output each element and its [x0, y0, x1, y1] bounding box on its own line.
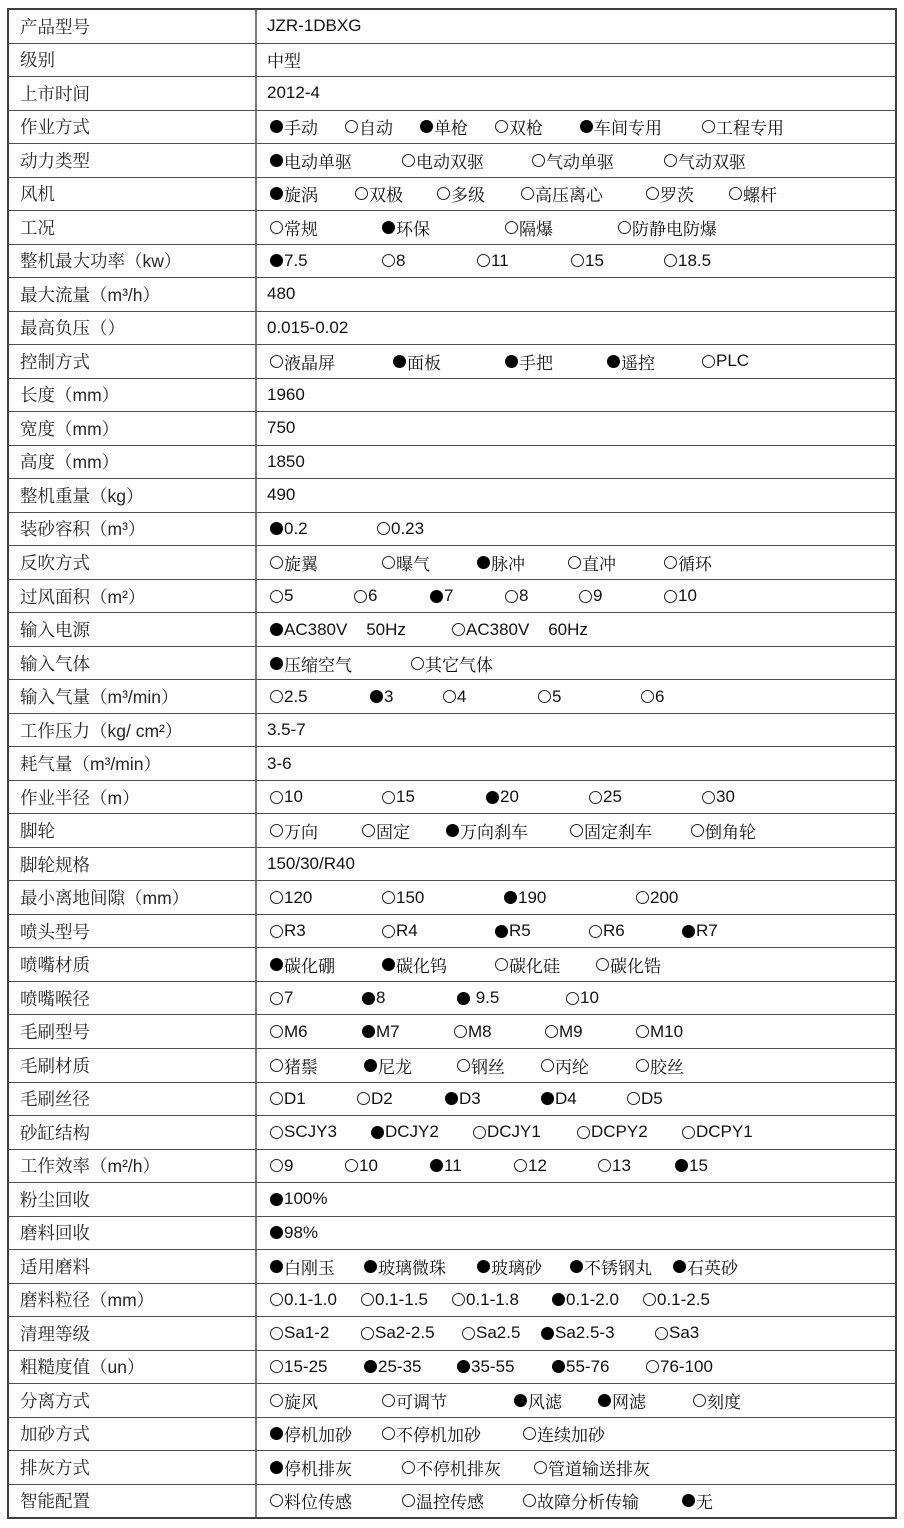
spec-option: 直冲 — [568, 546, 616, 579]
spec-value-cell: 15-2525-3535-5555-7676-100 — [257, 1351, 895, 1384]
radio-empty-icon — [270, 1293, 283, 1306]
spec-option: Sa1-2 — [270, 1317, 329, 1350]
spec-value-cell: 猪鬃尼龙钢丝丙纶胶丝 — [257, 1049, 895, 1082]
spec-label: 清理等级 — [9, 1317, 257, 1350]
spec-option: 25-35 — [364, 1351, 421, 1384]
radio-filled-icon — [477, 556, 490, 569]
spec-option: 网滤 — [598, 1384, 646, 1417]
spec-value: 2012-4 — [267, 77, 320, 110]
radio-filled-icon — [270, 623, 283, 636]
spec-option-label: 11 — [444, 1156, 462, 1176]
radio-filled-icon — [270, 187, 283, 200]
spec-option-label: 电动单驱 — [284, 148, 352, 173]
spec-option-label: D4 — [555, 1089, 577, 1109]
spec-option: 9.5 — [457, 982, 499, 1015]
radio-empty-icon — [682, 1126, 695, 1139]
radio-empty-icon — [495, 958, 508, 971]
spec-option: 10 — [345, 1150, 378, 1183]
radio-filled-icon — [552, 1360, 565, 1373]
radio-filled-icon — [430, 590, 443, 603]
spec-option: 气动单驱 — [532, 144, 614, 177]
spec-option-label: 55-76 — [566, 1357, 609, 1377]
spec-option-label: 2.5 — [284, 687, 308, 707]
spec-option: R3 — [270, 915, 306, 948]
radio-empty-icon — [362, 824, 375, 837]
spec-row: 上市时间2012-4 — [9, 77, 895, 111]
radio-empty-icon — [477, 254, 490, 267]
spec-option: 0.2 — [270, 513, 308, 546]
spec-option: R7 — [682, 915, 718, 948]
spec-option-label: 不锈钢丸 — [584, 1254, 652, 1279]
spec-value-cell: 液晶屏面板手把遥控PLC — [257, 345, 895, 378]
spec-option: 温控传感 — [402, 1485, 484, 1518]
spec-option: 6 — [354, 580, 377, 613]
spec-option-label: 旋翼 — [284, 550, 318, 575]
spec-option-label: Sa2.5 — [476, 1323, 520, 1343]
spec-label: 宽度（mm） — [9, 412, 257, 445]
spec-option-label: 手动 — [284, 114, 318, 139]
spec-label: 风机 — [9, 178, 257, 211]
radio-empty-icon — [534, 1461, 547, 1474]
spec-option-label: D1 — [284, 1089, 306, 1109]
radio-empty-icon — [361, 1293, 374, 1306]
spec-option: 0.1-1.8 — [452, 1284, 519, 1317]
spec-option-label: 隔爆 — [519, 215, 553, 240]
spec-option: 8 — [362, 982, 385, 1015]
spec-value-cell: SCJY3DCJY2DCJY1DCPY2DCPY1 — [257, 1116, 895, 1149]
spec-label: 整机重量（kg） — [9, 479, 257, 512]
spec-value-cell: 常规环保隔爆防静电防爆 — [257, 211, 895, 244]
spec-value-cell: 中型 — [257, 44, 895, 77]
spec-option: 不锈钢丸 — [570, 1250, 652, 1283]
radio-filled-icon — [270, 657, 283, 670]
spec-option-label: 100% — [284, 1189, 327, 1209]
spec-option: 压缩空气 — [270, 647, 352, 680]
spec-option: Sa2.5 — [462, 1317, 520, 1350]
spec-option-label: 不停机排灰 — [416, 1455, 501, 1480]
spec-option: 胶丝 — [636, 1049, 684, 1082]
radio-filled-icon — [445, 1092, 458, 1105]
radio-empty-icon — [270, 1092, 283, 1105]
radio-empty-icon — [532, 154, 545, 167]
spec-option: 25 — [589, 781, 622, 814]
spec-option: SCJY3 — [270, 1116, 337, 1149]
spec-label: 适用磨料 — [9, 1250, 257, 1283]
spec-option-label: DCPY1 — [696, 1122, 753, 1142]
spec-option: 万向 — [270, 814, 318, 847]
spec-option: 9 — [270, 1150, 293, 1183]
spec-option: 隔爆 — [505, 211, 553, 244]
radio-empty-icon — [538, 690, 551, 703]
spec-option: 15 — [382, 781, 415, 814]
spec-label: 过风面积（m²） — [9, 580, 257, 613]
radio-filled-icon — [382, 958, 395, 971]
spec-label: 作业方式 — [9, 111, 257, 144]
spec-option: PLC — [702, 345, 749, 378]
spec-option: AC380V 50Hz — [270, 613, 406, 646]
spec-option-label: 15 — [396, 787, 415, 807]
spec-option: 故障分析传输 — [523, 1485, 639, 1518]
spec-option: 76-100 — [646, 1351, 713, 1384]
spec-row: 控制方式液晶屏面板手把遥控PLC — [9, 345, 895, 379]
spec-value-cell: 91011121315 — [257, 1150, 895, 1183]
spec-row: 毛刷丝径D1D2D3D4D5 — [9, 1083, 895, 1117]
spec-option: 手动 — [270, 111, 318, 144]
spec-option: 0.23 — [377, 513, 424, 546]
radio-filled-icon — [552, 1293, 565, 1306]
radio-empty-icon — [545, 1025, 558, 1038]
radio-filled-icon — [580, 120, 593, 133]
radio-empty-icon — [473, 1126, 486, 1139]
radio-empty-icon — [270, 556, 283, 569]
spec-option-label: 丙纶 — [555, 1053, 589, 1078]
spec-option-label: 9.5 — [471, 988, 499, 1008]
spec-value: 750 — [267, 412, 295, 445]
spec-option-label: 7 — [444, 586, 453, 606]
spec-option: 螺杆 — [729, 178, 777, 211]
spec-option: 30 — [702, 781, 735, 814]
spec-option: DCJY1 — [473, 1116, 541, 1149]
radio-empty-icon — [577, 1126, 590, 1139]
spec-label: 作业半径（m） — [9, 781, 257, 814]
spec-value: 1960 — [267, 379, 305, 412]
spec-option-label: M8 — [468, 1022, 492, 1042]
spec-option-label: 200 — [650, 888, 678, 908]
spec-value: 480 — [267, 278, 295, 311]
spec-option-label: 钢丝 — [471, 1053, 505, 1078]
spec-label: 输入电源 — [9, 613, 257, 646]
radio-filled-icon — [675, 1159, 688, 1172]
spec-option-label: 脉冲 — [491, 550, 525, 575]
spec-row: 装砂容积（m³）0.20.23 — [9, 513, 895, 547]
spec-option-label: 自动 — [359, 114, 393, 139]
spec-option-label: R4 — [396, 921, 418, 941]
spec-option: 液晶屏 — [270, 345, 335, 378]
radio-filled-icon — [486, 791, 499, 804]
spec-value-cell: 手动自动单枪双枪车间专用工程专用 — [257, 111, 895, 144]
radio-filled-icon — [382, 221, 395, 234]
spec-row: 粗糙度值（un）15-2525-3535-5555-7676-100 — [9, 1351, 895, 1385]
spec-value: JZR-1DBXG — [267, 10, 361, 43]
spec-value-cell: 150/30/R40 — [257, 848, 895, 881]
spec-option-label: 9 — [593, 586, 602, 606]
spec-option-label: 胶丝 — [650, 1053, 684, 1078]
spec-option-label: 碳化硼 — [284, 952, 335, 977]
spec-option-label: 停机排灰 — [284, 1455, 352, 1480]
spec-option: M8 — [454, 1015, 492, 1048]
spec-row: 输入气体压缩空气其它气体 — [9, 647, 895, 681]
radio-empty-icon — [270, 221, 283, 234]
spec-option-label: Sa2.5-3 — [555, 1323, 615, 1343]
spec-option: 0.1-2.0 — [552, 1284, 619, 1317]
spec-value-cell: 7.58111518.5 — [257, 245, 895, 278]
spec-label: 粗糙度值（un） — [9, 1351, 257, 1384]
spec-option-label: 6 — [655, 687, 664, 707]
spec-row: 粉尘回收100% — [9, 1183, 895, 1217]
spec-row: 毛刷材质猪鬃尼龙钢丝丙纶胶丝 — [9, 1049, 895, 1083]
radio-filled-icon — [430, 1159, 443, 1172]
spec-option: 11 — [477, 245, 509, 278]
spec-row: 长度（mm）1960 — [9, 379, 895, 413]
spec-option-label: M7 — [376, 1022, 400, 1042]
radio-empty-icon — [270, 791, 283, 804]
radio-empty-icon — [579, 590, 592, 603]
radio-filled-icon — [270, 958, 283, 971]
radio-empty-icon — [361, 1327, 374, 1340]
radio-empty-icon — [571, 254, 584, 267]
spec-row: 整机重量（kg）490 — [9, 479, 895, 513]
spec-option: 55-76 — [552, 1351, 609, 1384]
spec-option-label: 气动单驱 — [546, 148, 614, 173]
radio-empty-icon — [702, 355, 715, 368]
spec-option-label: 风滤 — [528, 1388, 562, 1413]
spec-option-label: 7.5 — [284, 251, 308, 271]
spec-option-label: DCJY2 — [385, 1122, 439, 1142]
spec-option-label: SCJY3 — [284, 1122, 337, 1142]
spec-option: 遥控 — [607, 345, 655, 378]
spec-label: 喷头型号 — [9, 915, 257, 948]
spec-option: 丙纶 — [541, 1049, 589, 1082]
spec-label: 工作压力（kg/ cm²） — [9, 714, 257, 747]
radio-empty-icon — [655, 1327, 668, 1340]
spec-option-label: 连续加砂 — [537, 1421, 605, 1446]
spec-option-label: 环保 — [396, 215, 430, 240]
spec-option-label: 0.1-1.0 — [284, 1290, 337, 1310]
spec-option: DCPY1 — [682, 1116, 753, 1149]
spec-row: 喷头型号R3R4R5R6R7 — [9, 915, 895, 949]
radio-filled-icon — [457, 992, 470, 1005]
spec-option-label: 无 — [696, 1488, 713, 1513]
spec-value-cell: 480 — [257, 278, 895, 311]
spec-option: 自动 — [345, 111, 393, 144]
spec-label: 脚轮规格 — [9, 848, 257, 881]
radio-empty-icon — [462, 1327, 475, 1340]
radio-empty-icon — [702, 791, 715, 804]
spec-option-label: 0.1-2.0 — [566, 1290, 619, 1310]
spec-label: 磨料回收 — [9, 1217, 257, 1250]
spec-option-label: 10 — [580, 988, 599, 1008]
radio-empty-icon — [270, 1059, 283, 1072]
spec-label: 耗气量（m³/min） — [9, 747, 257, 780]
radio-empty-icon — [270, 1327, 283, 1340]
spec-label: 最大流量（m³/h） — [9, 278, 257, 311]
spec-row: 磨料粒径（mm）0.1-1.00.1-1.50.1-1.80.1-2.00.1-… — [9, 1284, 895, 1318]
spec-row: 高度（mm）1850 — [9, 446, 895, 480]
spec-option: 10 — [664, 580, 697, 613]
spec-value: 中型 — [267, 44, 301, 77]
spec-option: 100% — [270, 1183, 327, 1216]
radio-filled-icon — [362, 1025, 375, 1038]
spec-value-cell: 1960 — [257, 379, 895, 412]
spec-label: 加砂方式 — [9, 1418, 257, 1451]
radio-empty-icon — [618, 221, 631, 234]
spec-option: 面板 — [393, 345, 441, 378]
spec-label: 排灰方式 — [9, 1451, 257, 1484]
spec-label: 粉尘回收 — [9, 1183, 257, 1216]
spec-option: 12 — [514, 1150, 547, 1183]
spec-row: 风机旋涡双极多级高压离心罗茨螺杆 — [9, 178, 895, 212]
spec-option-label: M10 — [650, 1022, 683, 1042]
radio-empty-icon — [270, 925, 283, 938]
spec-option: 尼龙 — [364, 1049, 412, 1082]
radio-empty-icon — [270, 690, 283, 703]
radio-filled-icon — [570, 1260, 583, 1273]
spec-option: 气动双驱 — [664, 144, 746, 177]
spec-value-cell: 490 — [257, 479, 895, 512]
spec-option: 罗茨 — [646, 178, 694, 211]
spec-option-label: 10 — [678, 586, 697, 606]
radio-empty-icon — [382, 925, 395, 938]
spec-option: Sa3 — [655, 1317, 699, 1350]
spec-label: 输入气量（m³/min） — [9, 680, 257, 713]
radio-filled-icon — [364, 1360, 377, 1373]
spec-option-label: 4 — [457, 687, 466, 707]
radio-empty-icon — [270, 1394, 283, 1407]
spec-label: 砂缸结构 — [9, 1116, 257, 1149]
radio-empty-icon — [270, 891, 283, 904]
spec-option: 15 — [675, 1150, 708, 1183]
spec-option-label: 常规 — [284, 215, 318, 240]
spec-option-label: 0.1-1.5 — [375, 1290, 428, 1310]
spec-label: 最高负压（） — [9, 312, 257, 345]
spec-option-label: 旋涡 — [284, 181, 318, 206]
spec-option: 管道输送排灰 — [534, 1451, 650, 1484]
spec-row: 最高负压（）0.015-0.02 — [9, 312, 895, 346]
radio-filled-icon — [393, 355, 406, 368]
spec-value-cell: AC380V 50HzAC380V 60Hz — [257, 613, 895, 646]
radio-empty-icon — [568, 556, 581, 569]
spec-option: 0.1-2.5 — [643, 1284, 710, 1317]
radio-empty-icon — [355, 187, 368, 200]
spec-option-label: 15 — [689, 1156, 708, 1176]
spec-row: 磨料回收98% — [9, 1217, 895, 1251]
spec-option: 8 — [505, 580, 528, 613]
spec-option: 无 — [682, 1485, 713, 1518]
spec-option: 碳化硼 — [270, 948, 335, 981]
spec-option-label: 0.1-1.8 — [466, 1290, 519, 1310]
spec-value-cell: 旋涡双极多级高压离心罗茨螺杆 — [257, 178, 895, 211]
radio-filled-icon — [270, 1226, 283, 1239]
radio-empty-icon — [452, 1293, 465, 1306]
spec-option: R4 — [382, 915, 418, 948]
spec-option: 循环 — [664, 546, 712, 579]
spec-option-label: 温控传感 — [416, 1488, 484, 1513]
spec-option-label: 防静电防爆 — [632, 215, 717, 240]
spec-option: 0.1-1.0 — [270, 1284, 337, 1317]
radio-empty-icon — [521, 187, 534, 200]
spec-option-label: 曝气 — [396, 550, 430, 575]
radio-empty-icon — [523, 1494, 536, 1507]
spec-option: Sa2.5-3 — [541, 1317, 615, 1350]
spec-option: 双枪 — [495, 111, 543, 144]
spec-row: 作业半径（m）1015202530 — [9, 781, 895, 815]
spec-option: 98% — [270, 1217, 318, 1250]
spec-option-label: 多级 — [451, 181, 485, 206]
radio-empty-icon — [382, 556, 395, 569]
spec-option: 单枪 — [420, 111, 468, 144]
radio-filled-icon — [364, 1260, 377, 1273]
spec-option: 15-25 — [270, 1351, 327, 1384]
radio-empty-icon — [354, 590, 367, 603]
radio-empty-icon — [664, 590, 677, 603]
spec-label: 长度（mm） — [9, 379, 257, 412]
radio-empty-icon — [570, 824, 583, 837]
spec-label: 反吹方式 — [9, 546, 257, 579]
spec-option-label: 万向 — [284, 818, 318, 843]
spec-option-label: 35-55 — [471, 1357, 514, 1377]
spec-option-label: D5 — [641, 1089, 663, 1109]
spec-option-label: 固定刹车 — [584, 818, 652, 843]
spec-option: 倒角轮 — [691, 814, 756, 847]
radio-filled-icon — [270, 1427, 283, 1440]
radio-empty-icon — [382, 1394, 395, 1407]
spec-row: 动力类型电动单驱电动双驱气动单驱气动双驱 — [9, 144, 895, 178]
spec-row: 脚轮万向固定万向刹车固定刹车倒角轮 — [9, 814, 895, 848]
spec-option-label: 遥控 — [621, 349, 655, 374]
spec-option-label: 碳化钨 — [396, 952, 447, 977]
spec-row: 整机最大功率（kw）7.58111518.5 — [9, 245, 895, 279]
spec-value-cell: 停机加砂不停机加砂连续加砂 — [257, 1418, 895, 1451]
radio-empty-icon — [589, 791, 602, 804]
spec-option-label: 玻璃微珠 — [378, 1254, 446, 1279]
spec-row: 毛刷型号M6M7M8M9M10 — [9, 1015, 895, 1049]
spec-option: 5 — [538, 680, 561, 713]
radio-empty-icon — [566, 992, 579, 1005]
spec-row: 排灰方式停机排灰不停机排灰管道输送排灰 — [9, 1451, 895, 1485]
spec-value-cell: 2012-4 — [257, 77, 895, 110]
spec-label: 磨料粒径（mm） — [9, 1284, 257, 1317]
spec-value-cell: 电动单驱电动双驱气动单驱气动双驱 — [257, 144, 895, 177]
spec-label: 产品型号 — [9, 10, 257, 43]
radio-empty-icon — [377, 522, 390, 535]
spec-option: 0.1-1.5 — [361, 1284, 428, 1317]
radio-filled-icon — [270, 1461, 283, 1474]
spec-option: 9 — [579, 580, 602, 613]
spec-value-cell: 3.5-7 — [257, 714, 895, 747]
radio-empty-icon — [495, 120, 508, 133]
spec-row: 工作压力（kg/ cm²）3.5-7 — [9, 714, 895, 748]
spec-option-label: 25-35 — [378, 1357, 421, 1377]
spec-row: 作业方式手动自动单枪双枪车间专用工程专用 — [9, 111, 895, 145]
radio-filled-icon — [504, 891, 517, 904]
spec-option-label: 20 — [500, 787, 519, 807]
radio-empty-icon — [270, 992, 283, 1005]
radio-filled-icon — [457, 1360, 470, 1373]
spec-value-cell: 万向固定万向刹车固定刹车倒角轮 — [257, 814, 895, 847]
spec-option: 曝气 — [382, 546, 430, 579]
spec-option: 碳化硅 — [495, 948, 560, 981]
radio-empty-icon — [452, 623, 465, 636]
radio-empty-icon — [627, 1092, 640, 1105]
spec-option: 白刚玉 — [270, 1250, 335, 1283]
spec-option: 8 — [382, 245, 405, 278]
spec-option-label: 倒角轮 — [705, 818, 756, 843]
spec-value: 0.015-0.02 — [267, 312, 348, 345]
spec-row: 最小离地间隙（mm）120150190200 — [9, 881, 895, 915]
radio-empty-icon — [596, 958, 609, 971]
radio-filled-icon — [270, 1260, 283, 1273]
spec-option-label: 停机加砂 — [284, 1421, 352, 1446]
spec-option-label: Sa3 — [669, 1323, 699, 1343]
radio-empty-icon — [505, 221, 518, 234]
spec-option-label: R3 — [284, 921, 306, 941]
spec-option-label: 面板 — [407, 349, 441, 374]
spec-option: 多级 — [437, 178, 485, 211]
spec-option-label: 压缩空气 — [284, 651, 352, 676]
spec-option: 料位传感 — [270, 1485, 352, 1518]
spec-row: 喷嘴喉径78 9.510 — [9, 982, 895, 1016]
spec-option: 7 — [430, 580, 453, 613]
